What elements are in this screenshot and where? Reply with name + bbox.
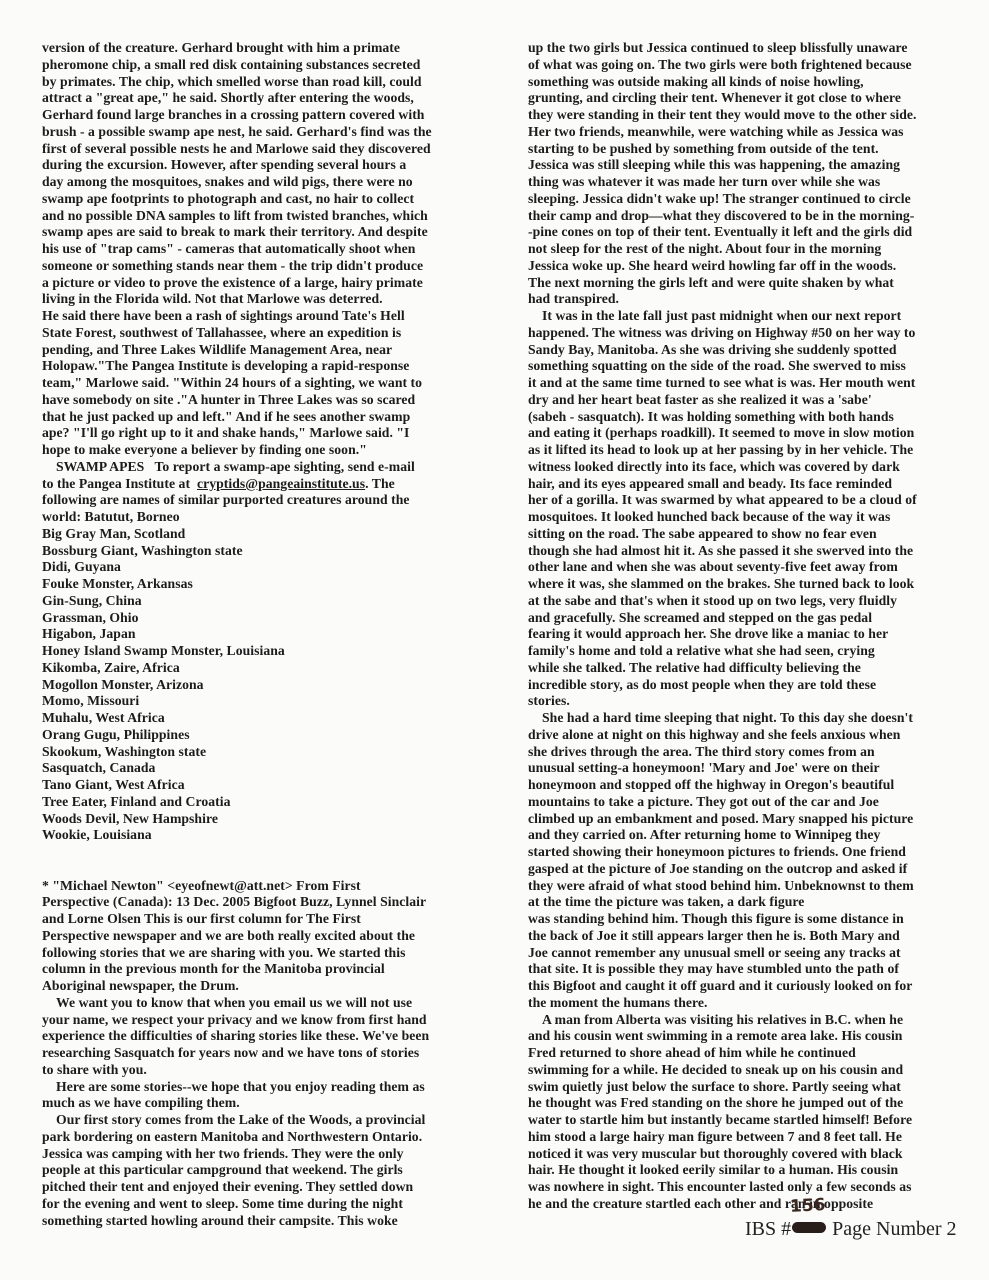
text-line: something was outside making all kinds o… [528,74,964,91]
text-line: starting to be pushed by something from … [528,141,964,158]
text-line: for the evening and went to sleep. Some … [42,1196,474,1213]
text-line: was standing behind him. Though this fig… [528,911,964,928]
text-line: dry and her heart beat faster as she rea… [528,392,964,409]
text-line: and no possible DNA samples to lift from… [42,208,474,225]
text-line: pending, and Three Lakes Wildlife Manage… [42,342,474,359]
creature-list-item: Sasquatch, Canada [42,760,474,777]
text-line: pitched their tent and enjoyed their eve… [42,1179,474,1196]
text-line: where it was, she slammed on the brakes.… [528,576,964,593]
text-line: swamp ape footprints to photograph and c… [42,191,474,208]
text-line: and his cousin went swimming in a remote… [528,1028,964,1045]
text-line: attract a "great ape," he said. Shortly … [42,90,474,107]
right-column: up the two girls but Jessica continued t… [528,40,964,1213]
text-line: at the time the picture was taken, a dar… [528,894,964,911]
text-line: It was in the late fall just past midnig… [528,308,964,325]
text-line: brush - a possible swamp ape nest, he sa… [42,124,474,141]
text-line: as it lifted its head to look up at her … [528,442,964,459]
text-line: grunting, and circling their tent. Whene… [528,90,964,107]
text-line: that site. It is possible they may have … [528,961,964,978]
text-line: living in the Florida wild. Not that Mar… [42,291,474,308]
text-line: Holopaw."The Pangea Institute is develop… [42,358,474,375]
text-line: and they carried on. After returning hom… [528,827,964,844]
text-line: State Forest, southwest of Tallahassee, … [42,325,474,342]
text-line: (sabeh - sasquatch). It was holding some… [528,409,964,426]
creature-list: Big Gray Man, ScotlandBossburg Giant, Wa… [42,526,474,844]
text-line: family's home and told a relative what s… [528,643,964,660]
text-line: ape? "I'll go right up to it and shake h… [42,425,474,442]
creature-list-item: Wookie, Louisiana [42,827,474,844]
creature-list-item: Fouke Monster, Arkansas [42,576,474,593]
text-line: Gerhard found large branches in a crossi… [42,107,474,124]
creature-list-item: Honey Island Swamp Monster, Louisiana [42,643,474,660]
text-line: fearing it would approach her. She drove… [528,626,964,643]
text-line: drive alone at night on this highway and… [528,727,964,744]
text-line: incredible story, as do most people when… [528,677,964,694]
left-column: version of the creature. Gerhard brought… [42,40,474,1229]
text-line: while she talked. The relative had diffi… [528,660,964,677]
text-line: first of several possible nests he and M… [42,141,474,158]
text-line: to share with you. [42,1062,474,1079]
text-line: by primates. The chip, which smelled wor… [42,74,474,91]
text-line: experience the difficulties of sharing s… [42,1028,474,1045]
text-line: stories. [528,693,964,710]
swamp-apes-intro: SWAMP APES To report a swamp-ape sightin… [42,459,474,476]
text-line: honeymoon and stopped off the highway in… [528,777,964,794]
text-line: Fred returned to shore ahead of him whil… [528,1045,964,1062]
text-line: Perspective (Canada): 13 Dec. 2005 Bigfo… [42,894,474,911]
creature-list-item: Woods Devil, New Hampshire [42,811,474,828]
text-line: Aboriginal newspaper, the Drum. [42,978,474,995]
text-line: their camp and drop—what they discovered… [528,208,964,225]
creature-list-item: Bossburg Giant, Washington state [42,543,474,560]
text-line: A man from Alberta was visiting his rela… [528,1012,964,1029]
text-line: he and the creature startled each other … [528,1196,964,1213]
text-line: the moment the humans there. [528,995,964,1012]
text-line: -pine cones on top of their tent. Eventu… [528,224,964,241]
text-line: swimming for a while. He decided to snea… [528,1062,964,1079]
text-line: not sleep for the rest of the night. Abo… [528,241,964,258]
creature-list-item: Mogollon Monster, Arizona [42,677,474,694]
text-line: * "Michael Newton" <eyeofnewt@att.net> F… [42,878,474,895]
text-line: Joe cannot remember any unusual smell or… [528,945,964,962]
redaction-mark [792,1222,826,1233]
text-line: witness looked directly into its face, w… [528,459,964,476]
text-line: something squatting on the side of the r… [528,358,964,375]
text-line: Jessica was still sleeping while this wa… [528,157,964,174]
text-line: have somebody on site ."A hunter in Thre… [42,392,474,409]
text-line: swamp apes are said to break to mark the… [42,224,474,241]
text-line: pheromone chip, a small red disk contain… [42,57,474,74]
page-footer: IBS # Page Number 2 [745,1218,957,1241]
text-line: though she had almost hit it. As she pas… [528,543,964,560]
swamp-apes-line3: following are names of similar purported… [42,492,474,509]
text-line: column in the previous month for the Man… [42,961,474,978]
text-line: that he just packed up and left." And if… [42,409,474,426]
creature-list-item: Orang Gugu, Philippines [42,727,474,744]
spacer [42,861,474,878]
article-swamp-ape-expedition: version of the creature. Gerhard brought… [42,40,474,459]
text-line: day among the mosquitoes, snakes and wil… [42,174,474,191]
text-line: He said there have been a rash of sighti… [42,308,474,325]
text-line: Her two friends, meanwhile, were watchin… [528,124,964,141]
text-line: at the sabe and that's when it stood up … [528,593,964,610]
story-lake-of-the-woods: up the two girls but Jessica continued t… [528,40,964,308]
text-line: it and at the same time turned to see wh… [528,375,964,392]
article-bigfoot-buzz: * "Michael Newton" <eyeofnewt@att.net> F… [42,878,474,1230]
text-line: and gracefully. She screamed and stepped… [528,610,964,627]
text-line: researching Sasquatch for years now and … [42,1045,474,1062]
text-line: his use of "trap cams" - cameras that au… [42,241,474,258]
text-line: her of a gorilla. It was swarmed by what… [528,492,964,509]
text-line: version of the creature. Gerhard brought… [42,40,474,57]
text-line: hope to make everyone a believer by find… [42,442,474,459]
text-line: and Lorne Olsen This is our first column… [42,911,474,928]
text-line: sleeping. Jessica didn't wake up! The st… [528,191,964,208]
creature-list-item: Didi, Guyana [42,559,474,576]
text-line: was nowhere in sight. This encounter las… [528,1179,964,1196]
page-number: Page Number 2 [832,1218,956,1240]
text-line: something started howling around their c… [42,1213,474,1230]
text-line: Sandy Bay, Manitoba. As she was driving … [528,342,964,359]
text-line: people at this particular campground tha… [42,1162,474,1179]
text-line: The next morning the girls left and were… [528,275,964,292]
swamp-apes-email-line: to the Pangea Institute at cryptids@pang… [42,476,474,493]
handwritten-issue-number: 156 [790,1195,826,1217]
text-line: Here are some stories--we hope that you … [42,1079,474,1096]
text-line: park bordering on eastern Manitoba and N… [42,1129,474,1146]
creature-list-item: Muhalu, West Africa [42,710,474,727]
creature-list-item: Skookum, Washington state [42,744,474,761]
text-line: She had a hard time sleeping that night.… [528,710,964,727]
text-line: someone or something stands near them - … [42,258,474,275]
text-line: gasped at the picture of Joe standing on… [528,861,964,878]
creature-list-item: Big Gray Man, Scotland [42,526,474,543]
text-line: they were standing in their tent they wo… [528,107,964,124]
story-alberta-swimmer: A man from Alberta was visiting his rela… [528,1012,964,1213]
text-line: mountains to take a picture. They got ou… [528,794,964,811]
swamp-apes-heading: SWAMP APES [56,459,144,474]
email-link[interactable]: cryptids@pangeainstitute.us [197,476,365,491]
text-line: this Bigfoot and caught it off guard and… [528,978,964,995]
text-line: Our first story comes from the Lake of t… [42,1112,474,1129]
text-line: they were afraid of what stood behind hi… [528,878,964,895]
text-line: water to startle him but instantly becam… [528,1112,964,1129]
text-line: Perspective newspaper and we are both re… [42,928,474,945]
spacer [42,844,474,861]
text-line: him stood a large hairy man figure betwe… [528,1129,964,1146]
text-line: a picture or video to prove the existenc… [42,275,474,292]
text-line: started showing their honeymoon pictures… [528,844,964,861]
text-line: had transpired. [528,291,964,308]
text-line: mosquitoes. It looked hunched back becau… [528,509,964,526]
text-line: your name, we respect your privacy and w… [42,1012,474,1029]
creature-list-item: Tano Giant, West Africa [42,777,474,794]
text-line: noticed it was very muscular but thoroug… [528,1146,964,1163]
text-line: of what was going on. The two girls were… [528,57,964,74]
text-line: up the two girls but Jessica continued t… [528,40,964,57]
text-line: thing was whatever it was made her turn … [528,174,964,191]
text-line: and eating it (perhaps roadkill). It see… [528,425,964,442]
story-highway-50: It was in the late fall just past midnig… [528,308,964,710]
creature-list-item: Momo, Missouri [42,693,474,710]
text-line: she drives through the area. The third s… [528,744,964,761]
text-line: following stories that we are sharing wi… [42,945,474,962]
text-line: hair, and its eyes appeared small and be… [528,476,964,493]
text-line: happened. The witness was driving on Hig… [528,325,964,342]
text-line: sitting on the road. The sabe appeared t… [528,526,964,543]
text-line: Jessica woke up. She heard weird howling… [528,258,964,275]
creature-list-item: Gin-Sung, China [42,593,474,610]
document-page: version of the creature. Gerhard brought… [0,0,989,1280]
text-line: other lane and when she was about sevent… [528,559,964,576]
creature-list-item: Grassman, Ohio [42,610,474,627]
text-line: Jessica was camping with her two friends… [42,1146,474,1163]
story-honeymoon: She had a hard time sleeping that night.… [528,710,964,1012]
text-line: unusual setting-a honeymoon! 'Mary and J… [528,760,964,777]
swamp-apes-line4: world: Batutut, Borneo [42,509,474,526]
creature-list-item: Tree Eater, Finland and Croatia [42,794,474,811]
text-line: swim quietly just below the surface to s… [528,1079,964,1096]
text-line: during the excursion. However, after spe… [42,157,474,174]
text-line: We want you to know that when you email … [42,995,474,1012]
text-line: climbed up an embankment and posed. Mary… [528,811,964,828]
text-line: team," Marlowe said. "Within 24 hours of… [42,375,474,392]
text-line: the back of Joe it still appears larger … [528,928,964,945]
text-line: he thought was Fred standing on the shor… [528,1095,964,1112]
text-line: much as we have compiling them. [42,1095,474,1112]
creature-list-item: Kikomba, Zaire, Africa [42,660,474,677]
creature-list-item: Higabon, Japan [42,626,474,643]
text-line: hair. He thought it looked eerily simila… [528,1162,964,1179]
footer-prefix: IBS # [745,1218,791,1240]
